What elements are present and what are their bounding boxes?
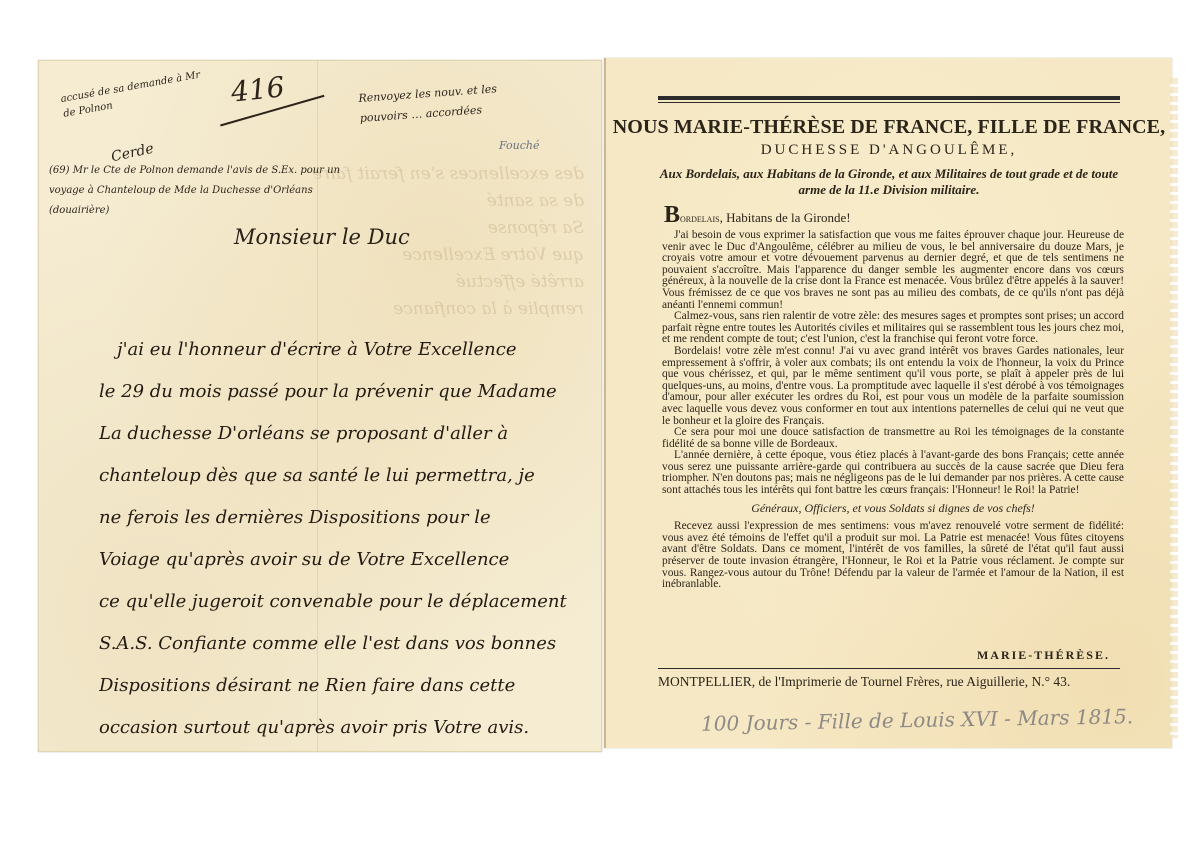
letter-line: Dispositions désirant ne Rien faire dans… <box>99 665 589 707</box>
letter-line: S.A.S. Confiante comme elle l'est dans v… <box>99 623 589 665</box>
folio-number: 416 <box>229 70 286 108</box>
paragraph: Bordelais! votre zèle m'est connu! J'ai … <box>662 346 1124 427</box>
letter-line: j'ai eu l'honneur d'écrire à Votre Excel… <box>99 329 589 371</box>
margin-note-top-right: Renvoyez les nouv. et les pouvoirs … acc… <box>358 77 530 129</box>
paragraph: J'ai besoin de vous exprimer la satisfac… <box>662 230 1124 311</box>
proclamation-title: NOUS MARIE-THÉRÈSE DE FRANCE, FILLE DE F… <box>606 116 1172 139</box>
margin-note-summary: (69) Mr le Cte de Polnon demande l'avis … <box>49 161 349 221</box>
paragraph: Ce sera pour moi une douce satisfaction … <box>662 427 1124 450</box>
letter-salutation: Monsieur le Duc <box>234 225 410 249</box>
proclamation-signature: MARIE-THÉRÈSE. <box>977 648 1110 663</box>
drop-cap: B <box>664 202 680 228</box>
header-double-rule <box>658 96 1120 103</box>
letter-line: La duchesse D'orléans se proposant d'all… <box>99 413 589 455</box>
greeting-smallcaps: ordelais <box>680 213 720 225</box>
letter-line: chanteloup dès que sa santé le lui perme… <box>99 455 589 497</box>
pencil-annotation: 100 Jours - Fille de Louis XVI - Mars 18… <box>701 704 1133 736</box>
letter-line: occasion surtout qu'après avoir pris Vot… <box>99 707 589 749</box>
signature-fouche: Fouché <box>499 139 540 152</box>
printer-imprint: MONTPELLIER, de l'Imprimerie de Tournel … <box>658 674 1132 690</box>
letter-line: ce qu'elle jugeroit convenable pour le d… <box>99 581 589 623</box>
footer-rule <box>658 668 1120 669</box>
torn-paper-edge <box>1170 78 1178 738</box>
letter-line: Voiage qu'après avoir su de Votre Excell… <box>99 539 589 581</box>
letter-body: j'ai eu l'honneur d'écrire à Votre Excel… <box>99 329 589 749</box>
paragraph: L'année dernière, à cette époque, vous é… <box>662 450 1124 496</box>
letter-line: le 29 du mois passé pour la prévenir que… <box>99 371 589 413</box>
proclamation-body: J'ai besoin de vous exprimer la satisfac… <box>662 230 1124 591</box>
letter-line: ne ferois les dernières Dispositions pou… <box>99 497 589 539</box>
proclamation-address: Aux Bordelais, aux Habitans de la Girond… <box>646 166 1132 198</box>
printed-proclamation: NOUS MARIE-THÉRÈSE DE FRANCE, FILLE DE F… <box>604 58 1172 748</box>
paragraph: Calmez-vous, sans rien ralentir de votre… <box>662 311 1124 346</box>
closing-paragraph: Recevez aussi l'expression de mes sentim… <box>662 521 1124 591</box>
centered-address-line: Généraux, Officiers, et vous Soldats si … <box>662 503 1124 515</box>
proclamation-subtitle: DUCHESSE D'ANGOULÊME, <box>606 142 1172 159</box>
greeting-rest: , Habitans de la Gironde! <box>720 210 851 225</box>
handwritten-letter: des excellences s'en ferait faire de sa … <box>38 60 602 752</box>
margin-note-top-left: accusé de sa demande à Mr de Polnon <box>60 66 213 122</box>
proclamation-greeting: Bordelais, Habitans de la Gironde! <box>664 202 851 229</box>
